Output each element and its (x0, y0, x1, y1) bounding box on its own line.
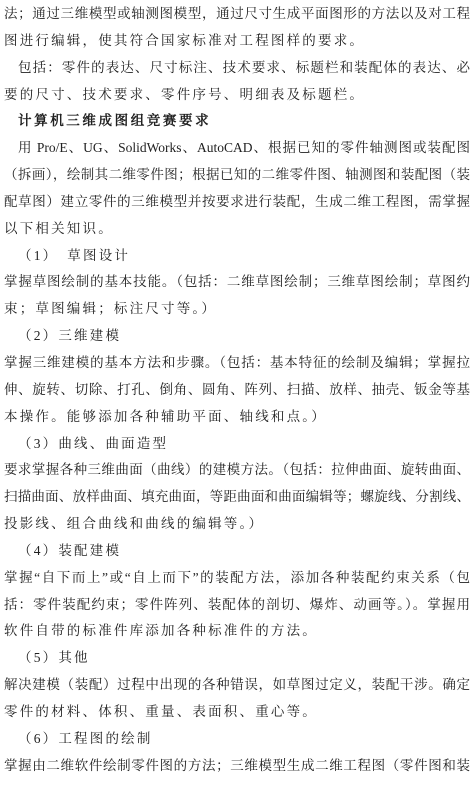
text-line: 包括：零件的表达、尺寸标注、技术要求、标题栏和装配体的表达、必 (4, 55, 470, 82)
text-line: （1） 草图设计 (4, 243, 470, 270)
text-line: （4）装配建模 (4, 538, 470, 565)
text-line: （6）工程图的绘制 (4, 726, 470, 753)
text-line: 配草图）建立零件的三维模型并按要求进行装配，生成二维工程图，需掌握 (4, 189, 470, 216)
text-line: 以下相关知识。 (4, 216, 470, 243)
text-line: 括：零件装配约束；零件阵列、装配体的剖切、爆炸、动画等。）。掌握用 (4, 592, 470, 619)
text-line: （2）三维建模 (4, 323, 470, 350)
text-line: 掌握“自下而上”或“自上而下”的装配方法，添加各种装配约束关系（包 (4, 565, 470, 592)
text-line: 投影线、组合曲线和曲线的编辑等。） (4, 511, 470, 538)
text-line: 法；通过三维模型或轴测图模型，通过尺寸生成平面图形的方法以及对工程 (4, 1, 470, 28)
text-line: 束；草图编辑；标注尺寸等。） (4, 296, 470, 323)
text-line: 软件自带的标准件库添加各种标准件的方法。 (4, 618, 470, 645)
text-line: （拆画），绘制其二维零件图；根据已知的二维零件图、轴测图和装配图（装 (4, 162, 470, 189)
text-line: 图进行编辑，使其符合国家标准对工程图样的要求。 (4, 28, 470, 55)
text-line: 零件的材料、体积、重量、表面积、重心等。 (4, 699, 470, 726)
text-line: （3）曲线、曲面造型 (4, 431, 470, 458)
document-page: 法；通过三维模型或轴测图模型，通过尺寸生成平面图形的方法以及对工程图进行编辑，使… (0, 0, 474, 795)
text-line: 扫描曲面、放样曲面、填充曲面，等距曲面和曲面编辑等；螺旋线、分割线、 (4, 484, 470, 511)
text-line: 掌握三维建模的基本方法和步骤。（包括：基本特征的绘制及编辑；掌握拉 (4, 350, 470, 377)
section-heading: 计算机三维成图组竞赛要求 (4, 108, 470, 135)
text-line: 用 Pro/E、UG、SolidWorks、AutoCAD、根据已知的零件轴测图… (4, 135, 470, 162)
text-line: 本操作。能够添加各种辅助平面、轴线和点。） (4, 404, 470, 431)
text-line: 掌握草图绘制的基本技能。（包括：二维草图绘制；三维草图绘制；草图约 (4, 269, 470, 296)
text-line: 伸、旋转、切除、打孔、倒角、圆角、阵列、扫描、放样、抽壳、钣金等基 (4, 377, 470, 404)
text-line: 要的尺寸、技术要求、零件序号、明细表及标题栏。 (4, 82, 470, 109)
text-line: 要求掌握各种三维曲面（曲线）的建模方法。（包括：拉伸曲面、旋转曲面、 (4, 457, 470, 484)
document-text-body: 法；通过三维模型或轴测图模型，通过尺寸生成平面图形的方法以及对工程图进行编辑，使… (4, 1, 470, 779)
text-line: 掌握由二维软件绘制零件图的方法；三维模型生成二维工程图（零件图和装 (4, 753, 470, 780)
text-line: 解决建模（装配）过程中出现的各种错误，如草图过定义，装配干涉。确定 (4, 672, 470, 699)
text-line: （5）其他 (4, 645, 470, 672)
